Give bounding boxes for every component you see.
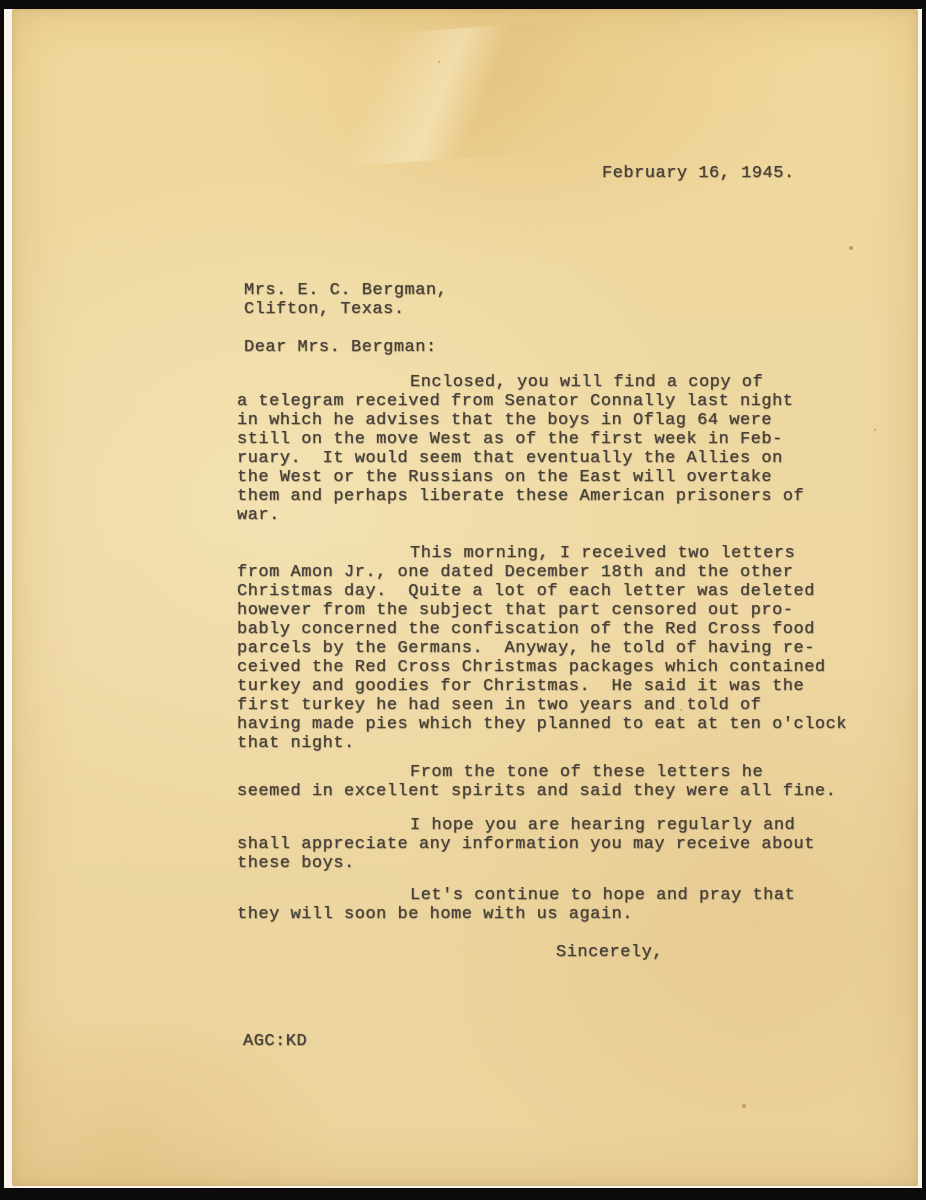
paper-specks bbox=[12, 9, 14, 11]
paragraph-5: Let's continue to hope and pray that the… bbox=[237, 886, 917, 924]
paper-crease bbox=[188, 11, 716, 177]
recipient-name: Mrs. E. C. Bergman, bbox=[244, 281, 447, 300]
paragraph-4: I hope you are hearing regularly and sha… bbox=[237, 816, 917, 873]
paragraph-3: From the tone of these letters he seemed… bbox=[237, 763, 917, 801]
typist-initials: AGC:KD bbox=[243, 1032, 307, 1051]
recipient-city: Clifton, Texas. bbox=[244, 300, 405, 319]
closing-signature: Sincerely, bbox=[556, 943, 663, 962]
recipient-address: Mrs. E. C. Bergman,Clifton, Texas. bbox=[244, 281, 447, 319]
letter-paper: February 16, 1945. Mrs. E. C. Bergman,Cl… bbox=[12, 9, 918, 1186]
salutation: Dear Mrs. Bergman: bbox=[244, 338, 437, 357]
scanned-letter-page: February 16, 1945. Mrs. E. C. Bergman,Cl… bbox=[0, 0, 926, 1200]
paragraph-2: This morning, I received two letters fro… bbox=[237, 544, 917, 753]
paragraph-1: Enclosed, you will find a copy of a tele… bbox=[237, 373, 917, 525]
scanner-mat: February 16, 1945. Mrs. E. C. Bergman,Cl… bbox=[4, 9, 922, 1188]
letter-date: February 16, 1945. bbox=[602, 164, 795, 183]
